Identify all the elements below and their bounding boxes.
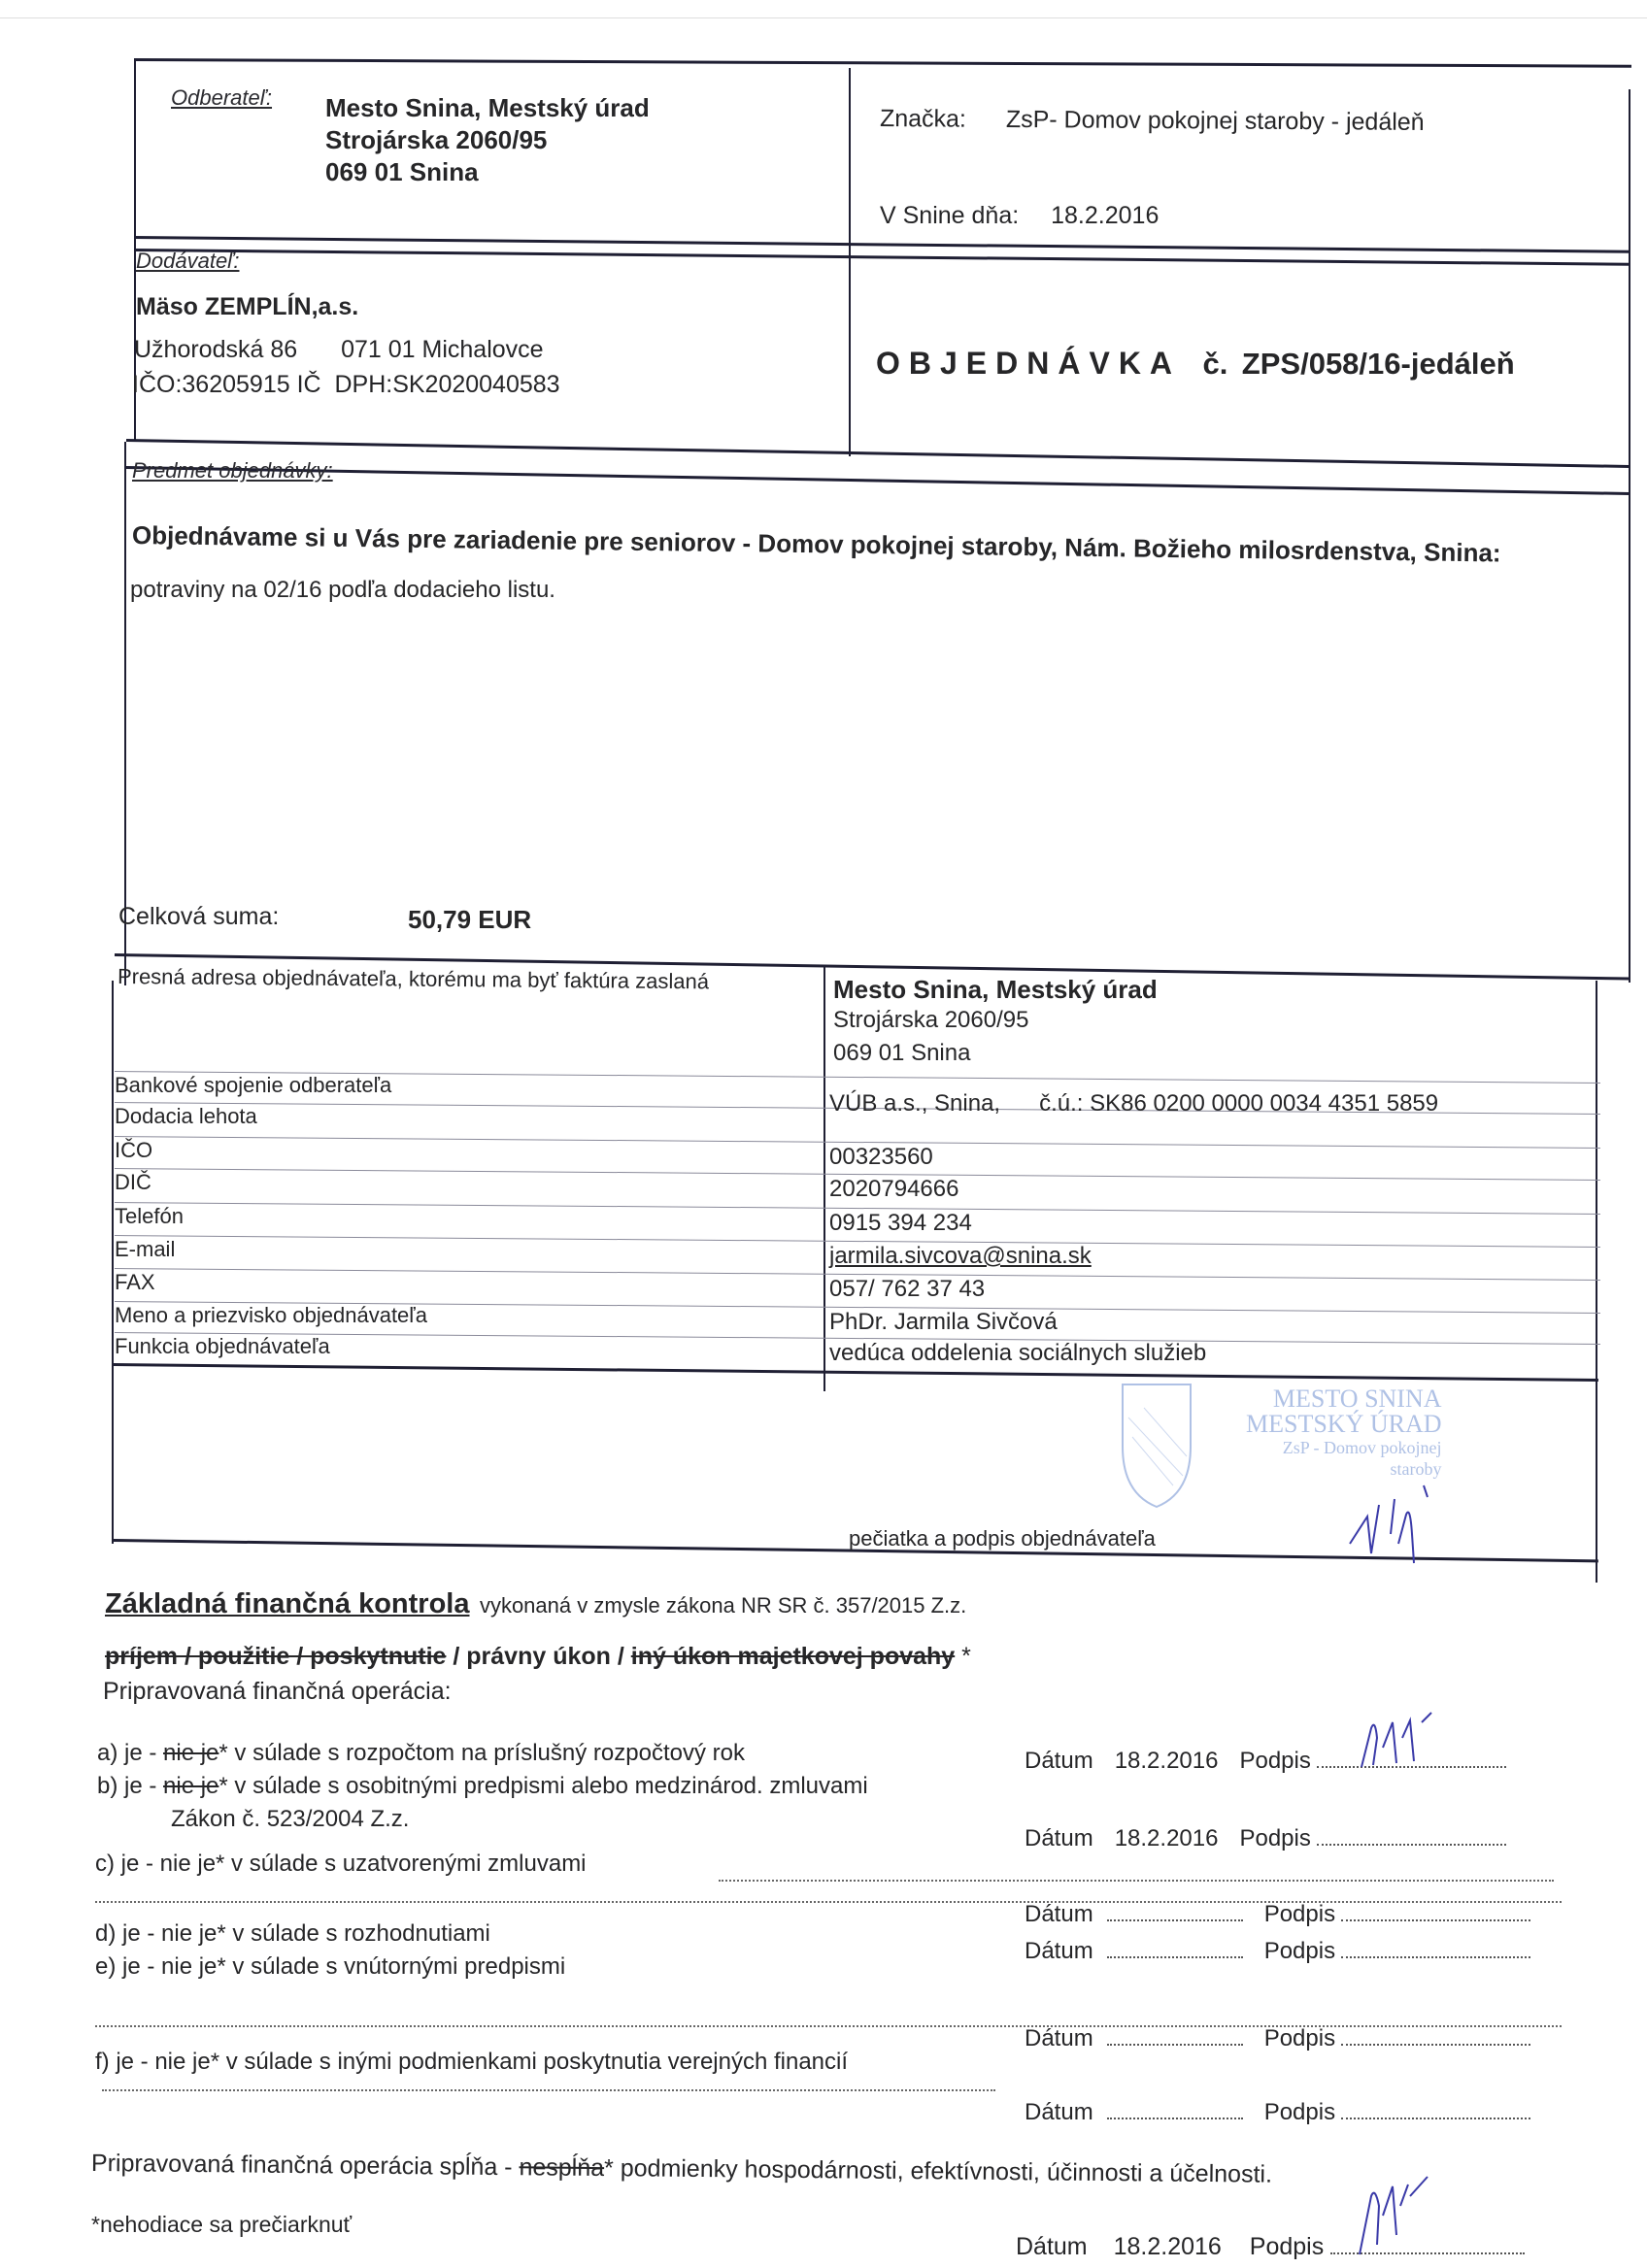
billing-city: 069 01 Snina: [833, 1038, 1158, 1069]
billing-address: Mesto Snina, Mestský úrad Strojárska 206…: [833, 974, 1158, 1069]
control-item-prefix: b) je -: [97, 1773, 163, 1799]
billing-street: Strojárska 2060/95: [833, 1005, 1158, 1036]
mark-value: ZsP- Domov pokojnej staroby - jedáleň: [1006, 106, 1425, 136]
billing-row-label: Funkcia objednávateľa: [115, 1334, 330, 1359]
sign-row: DátumPodpis: [1025, 2099, 1530, 2126]
customer-label: Odberateľ:: [171, 85, 272, 111]
date-field[interactable]: [1107, 2043, 1243, 2046]
final-date: 18.2.2016: [1114, 2233, 1222, 2260]
sign-label: Podpis: [1264, 2025, 1335, 2051]
final-sign-label: Podpis: [1250, 2233, 1324, 2260]
sign-field[interactable]: [1341, 2117, 1530, 2119]
subject-line-1: Objednávame si u Vás pre zariadenie pre …: [132, 520, 1628, 570]
total-label: Celková suma:: [118, 903, 279, 931]
sign-field[interactable]: [1341, 1955, 1530, 1958]
control-heading-row: Základná finančná kontrola vykonaná v zm…: [105, 1588, 966, 1620]
control-item-prefix: a) je -: [97, 1740, 163, 1766]
stamp-text: MESTO SNINAMESTSKÝ ÚRADZsP - Domov pokoj…: [1246, 1386, 1442, 1480]
date-value: 18.2.2016: [1115, 1825, 1219, 1851]
signature-icon: [1350, 1709, 1457, 1777]
billing-row-value: 2020794666: [829, 1176, 958, 1203]
order-title: OBJEDNÁVKA: [876, 346, 1181, 381]
control-item: f) je - nie je* v súlade s inými podmien…: [95, 2049, 848, 2076]
billing-row-value: VÚB a.s., Snina, č.ú.: SK86 0200 0000 00…: [829, 1090, 1438, 1117]
stamp-line: MESTSKÝ ÚRAD: [1246, 1412, 1442, 1437]
date-label: V Snine dňa:: [880, 202, 1019, 229]
date-label: Dátum: [1025, 2025, 1093, 2051]
sign-label: Podpis: [1239, 1748, 1310, 1774]
control-types-kept: / právny úkon /: [446, 1643, 630, 1670]
control-types-struck-1: príjem / použitie / poskytnutie: [105, 1643, 446, 1670]
date-label: Dátum: [1025, 1901, 1093, 1927]
conclusion-suffix: * podmienky hospodárnosti, efektívnosti,…: [604, 2154, 1272, 2188]
control-heading-suffix: vykonaná v zmysle zákona NR SR č. 357/20…: [480, 1593, 966, 1618]
control-item-text: * v súlade s uzatvorenými zmluvami: [216, 1851, 586, 1877]
final-signature-icon: [1350, 2167, 1466, 2264]
customer-city: 069 01 Snina: [325, 156, 650, 188]
control-item: a) je - nie je* v súlade s rozpočtom na …: [97, 1740, 745, 1767]
stamp-line: MESTO SNINA: [1246, 1386, 1442, 1412]
control-item-text: Zákon č. 523/2004 Z.z.: [171, 1806, 409, 1832]
date-label: Dátum: [1025, 1938, 1093, 1964]
control-item-prefix: c) je - nie je: [95, 1851, 216, 1877]
mark-row: Značka: ZsP- Domov pokojnej staroby - je…: [880, 105, 1425, 137]
control-item: Zákon č. 523/2004 Z.z.: [171, 1806, 409, 1833]
sign-label: Podpis: [1264, 2099, 1335, 2125]
conclusion-struck: nespĺňa: [519, 2153, 604, 2182]
control-types-asterisk: *: [955, 1643, 971, 1670]
date-value: 18.2.2016: [1051, 202, 1159, 229]
order-number-prefix: č.: [1202, 347, 1227, 381]
sign-row: Dátum18.2.2016Podpis: [1025, 1825, 1506, 1852]
customer-street: Strojárska 2060/95: [325, 124, 650, 156]
billing-row-value: 057/ 762 37 43: [829, 1276, 985, 1303]
billing-row-label: Telefón: [115, 1204, 184, 1229]
customer-name: Mesto Snina, Mestský úrad: [325, 92, 650, 124]
billing-row-value: PhDr. Jarmila Sivčová: [829, 1309, 1058, 1336]
subject-line-2: potraviny na 02/16 podľa dodacieho listu…: [130, 577, 555, 604]
billing-row-label: Meno a priezvisko objednávateľa: [115, 1303, 427, 1328]
billing-row-label: Dodacia lehota: [115, 1104, 257, 1129]
supplier-name: Mäso ZEMPLÍN,a.s.: [136, 293, 358, 321]
scan-edge: [0, 17, 1647, 18]
billing-row-value[interactable]: jarmila.sivcova@snina.sk: [829, 1243, 1092, 1270]
mark-label: Značka:: [880, 105, 966, 133]
sign-row: DátumPodpis: [1025, 1901, 1530, 1928]
final-date-label: Dátum: [1016, 2233, 1088, 2260]
date-row: V Snine dňa: 18.2.2016: [880, 202, 1159, 230]
billing-row-value: 0915 394 234: [829, 1210, 972, 1237]
supplier-street: Užhorodská 86: [134, 336, 297, 363]
billing-row-label: E-mail: [115, 1237, 175, 1262]
control-item-struck: nie je: [163, 1740, 218, 1766]
sign-field[interactable]: [1317, 1843, 1506, 1846]
date-label: Dátum: [1025, 2099, 1093, 2125]
total-value: 50,79 EUR: [408, 905, 531, 935]
billing-row-label: DIČ: [115, 1170, 151, 1195]
control-item: c) je - nie je* v súlade s uzatvorenými …: [95, 1851, 587, 1878]
supplier-label: Dodávateľ:: [136, 249, 239, 274]
sign-label: Podpis: [1264, 1938, 1335, 1964]
signature-icon: [1330, 1476, 1457, 1573]
control-item-text: * v súlade s inými podmienkami poskytnut…: [211, 2049, 848, 2075]
sign-field[interactable]: [1341, 1918, 1530, 1921]
control-item-text: * v súlade s rozhodnutiami: [217, 1920, 489, 1947]
customer-block: Mesto Snina, Mestský úrad Strojárska 206…: [325, 92, 650, 188]
subject-label: Predmet objednávky:: [132, 458, 333, 484]
billing-row-label: Bankové spojenie odberateľa: [115, 1073, 391, 1098]
billing-row-value: 00323560: [829, 1144, 933, 1171]
control-item-prefix: e) je - nie je: [95, 1953, 217, 1980]
control-item: d) je - nie je* v súlade s rozhodnutiami: [95, 1920, 490, 1948]
control-types: príjem / použitie / poskytnutie / právny…: [105, 1643, 971, 1671]
control-item: b) je - nie je* v súlade s osobitnými pr…: [97, 1773, 868, 1800]
control-heading: Základná finančná kontrola: [105, 1588, 469, 1619]
stamp-label: pečiatka a podpis objednávateľa: [849, 1526, 1156, 1551]
sign-row: DátumPodpis: [1025, 1938, 1530, 1965]
conclusion-prefix: Pripravovaná finančná operácia spĺňa -: [91, 2150, 520, 2181]
sign-label: Podpis: [1239, 1825, 1310, 1851]
date-field[interactable]: [1107, 1955, 1243, 1958]
operation-label: Pripravovaná finančná operácia:: [103, 1678, 452, 1706]
order-title-row: OBJEDNÁVKA č. ZPS/058/16-jedáleň: [876, 346, 1515, 382]
conclusion: Pripravovaná finančná operácia spĺňa - n…: [91, 2150, 1548, 2191]
billing-row-value: vedúca oddelenia sociálnych služieb: [829, 1340, 1206, 1367]
sign-field[interactable]: [1341, 2043, 1530, 2046]
billing-address-label: Presná adresa objednávateľa, ktorému ma …: [118, 964, 709, 994]
control-item-text: * v súlade s vnútornými predpismi: [217, 1953, 565, 1980]
supplier-address: Užhorodská 86 071 01 Michalovce: [134, 336, 544, 364]
sign-label: Podpis: [1264, 1901, 1335, 1927]
control-item-text: * v súlade s osobitnými predpismi alebo …: [218, 1773, 867, 1799]
stamp-line: ZsP - Domov pokojnej: [1246, 1437, 1442, 1458]
date-field[interactable]: [1107, 2117, 1243, 2119]
footnote: *nehodiace sa prečiarknuť: [91, 2212, 352, 2238]
control-item-struck: nie je: [163, 1773, 218, 1799]
billing-row-label: FAX: [115, 1270, 155, 1295]
billing-name: Mesto Snina, Mestský úrad: [833, 974, 1158, 1005]
control-item-text: * v súlade s rozpočtom na príslušný rozp…: [218, 1740, 745, 1766]
control-item: e) je - nie je* v súlade s vnútornými pr…: [95, 1953, 565, 1981]
date-value: 18.2.2016: [1115, 1748, 1219, 1774]
sign-row: DátumPodpis: [1025, 2025, 1530, 2052]
control-item-prefix: f) je - nie je: [95, 2049, 211, 2075]
order-number: ZPS/058/16-jedáleň: [1242, 347, 1515, 381]
date-label: Dátum: [1025, 1825, 1093, 1851]
supplier-ico: IČO:36205915 IČ DPH:SK2020040583: [132, 371, 560, 399]
date-field[interactable]: [1107, 1918, 1243, 1921]
date-label: Dátum: [1025, 1748, 1093, 1774]
control-item-prefix: d) je - nie je: [95, 1920, 217, 1947]
supplier-city: 071 01 Michalovce: [341, 336, 543, 363]
control-types-struck-2: iný úkon majetkovej povahy: [631, 1643, 955, 1670]
billing-row-label: IČO: [115, 1138, 152, 1163]
